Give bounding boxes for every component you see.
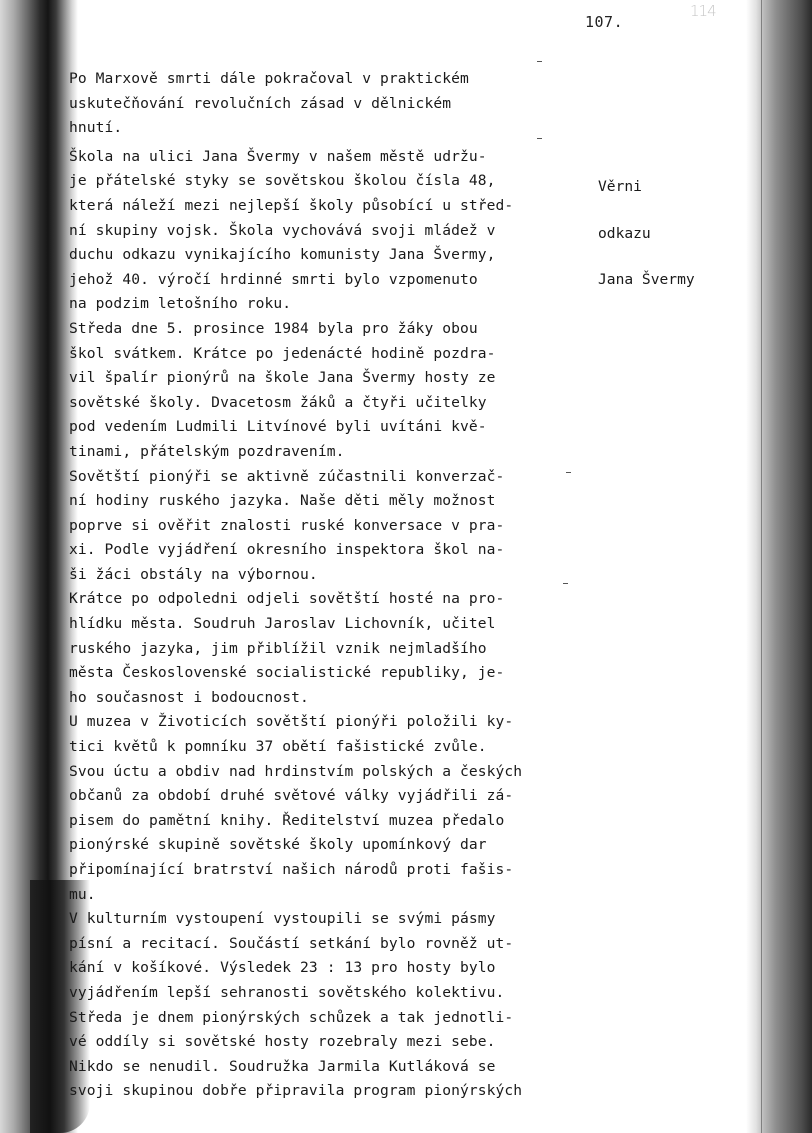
text-line: pionýrské skupině sovětské školy upomínk… — [69, 833, 609, 858]
text-line: pod vedením Ludmili Litvínové byli uvítá… — [69, 415, 609, 440]
text-line: ruského jazyka, jim přiblížil vznik nejm… — [69, 637, 609, 662]
text-line: pisem do pamětní knihy. Ředitelství muze… — [69, 809, 609, 834]
text-line: Krátce po odpoledni odjeli sovětští host… — [69, 587, 609, 612]
text-line: ši žáci obstály na výbornou. — [69, 563, 609, 588]
text-line: Svou úctu a obdiv nad hrdinstvím polskýc… — [69, 760, 609, 785]
text-line: ní skupiny vojsk. Škola vychovává svoji … — [69, 219, 609, 244]
text-line: písní a recitací. Součástí setkání bylo … — [69, 932, 609, 957]
text-line: která náleží mezi nejlepší školy působíc… — [69, 194, 609, 219]
text-line: škol svátkem. Krátce po jedenácté hodině… — [69, 342, 609, 367]
archive-number: 114 — [690, 2, 716, 20]
text-line: poprve si ověřit znalosti ruské konversa… — [69, 514, 609, 539]
text-line: připomínající bratrství našich národů pr… — [69, 858, 609, 883]
margin-note-line: Jana Švermy — [598, 272, 695, 288]
text-line: vyjádřením lepší sehranosti sovětského k… — [69, 981, 609, 1006]
text-line: jehož 40. výročí hrdinné smrti bylo vzpo… — [69, 268, 609, 293]
paragraph: V kulturním vystoupení vystoupili se svý… — [69, 907, 609, 1104]
text-line: uskutečňování revolučních zásad v dělnic… — [69, 92, 609, 117]
margin-note: Věrni odkazu Jana Švermy — [598, 148, 695, 303]
text-line: ho současnost i bodoucnost. — [69, 686, 609, 711]
text-line: Středa je dnem pionýrských schůzek a tak… — [69, 1006, 609, 1031]
page-number: 107. — [585, 13, 623, 31]
paragraph: Středa dne 5. prosince 1984 byla pro žák… — [69, 317, 609, 465]
text-line: je přátelské styky se sovětskou školou č… — [69, 169, 609, 194]
scan-shadow-right — [746, 0, 812, 1133]
text-line: hlídku města. Soudruh Jaroslav Lichovník… — [69, 612, 609, 637]
text-line: Po Marxově smrti dále pokračoval v prakt… — [69, 67, 609, 92]
margin-note-line: odkazu — [598, 226, 695, 242]
text-line: xi. Podle vyjádření okresního inspektora… — [69, 538, 609, 563]
text-line: občanů za období druhé světové války vyj… — [69, 784, 609, 809]
text-line: sovětské školy. Dvacetosm žáků a čtyři u… — [69, 391, 609, 416]
stray-mark — [537, 61, 542, 62]
text-line: na podzim letošního roku. — [69, 292, 609, 317]
text-line: města Československé socialistické repub… — [69, 661, 609, 686]
text-line: ní hodiny ruského jazyka. Naše děti měly… — [69, 489, 609, 514]
text-line: vil špalír pionýrů na škole Jana Švermy … — [69, 366, 609, 391]
text-line: Nikdo se nenudil. Soudružka Jarmila Kutl… — [69, 1055, 609, 1080]
text-line: tinami, přátelským pozdravením. — [69, 440, 609, 465]
paragraph: Po Marxově smrti dále pokračoval v prakt… — [69, 67, 609, 141]
paragraph: Krátce po odpoledni odjeli sovětští host… — [69, 587, 609, 710]
text-line: hnutí. — [69, 116, 609, 141]
text-line: duchu odkazu vynikajícího komunisty Jana… — [69, 243, 609, 268]
text-line: kání v košíkové. Výsledek 23 : 13 pro ho… — [69, 956, 609, 981]
text-line: tici květů k pomníku 37 obětí fašistické… — [69, 735, 609, 760]
text-line: mu. — [69, 883, 609, 908]
paragraph: Škola na ulici Jana Švermy v našem městě… — [69, 145, 609, 317]
paragraph: Sovětští pionýři se aktivně zúčastnili k… — [69, 465, 609, 588]
text-line: Středa dne 5. prosince 1984 byla pro žák… — [69, 317, 609, 342]
text-line: Sovětští pionýři se aktivně zúčastnili k… — [69, 465, 609, 490]
text-line: Škola na ulici Jana Švermy v našem městě… — [69, 145, 609, 170]
margin-note-line: Věrni — [598, 179, 695, 195]
text-line: vé oddíly si sovětské hosty rozebraly me… — [69, 1030, 609, 1055]
paragraph: U muzea v Životicích sovětští pionýři po… — [69, 710, 609, 907]
text-line: U muzea v Životicích sovětští pionýři po… — [69, 710, 609, 735]
document-body: Po Marxově smrti dále pokračoval v prakt… — [69, 67, 609, 1104]
text-line: V kulturním vystoupení vystoupili se svý… — [69, 907, 609, 932]
text-line: svoji skupinou dobře připravila program … — [69, 1079, 609, 1104]
